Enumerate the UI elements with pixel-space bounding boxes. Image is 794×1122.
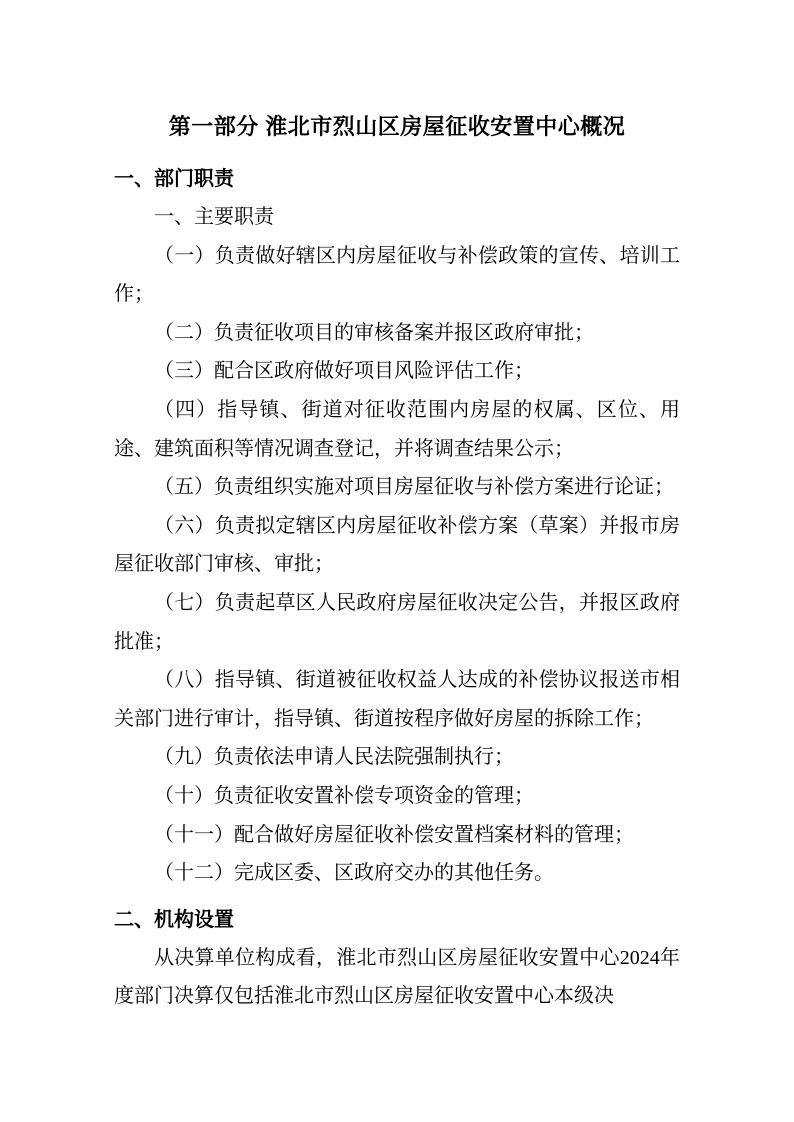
paragraph-duty-7: （七）负责起草区人民政府房屋征收决定公告，并报区政府批准； [114,584,680,661]
paragraph-duty-10: （十）负责征收安置补偿专项资金的管理； [114,777,680,816]
document-title: 第一部分 淮北市烈山区房屋征收安置中心概况 [114,110,680,143]
paragraph-duty-6: （六）负责拟定辖区内房屋征收补偿方案（草案）并报市房屋征收部门审核、审批； [114,507,680,584]
paragraph-duty-3: （三）配合区政府做好项目风险评估工作； [114,352,680,391]
paragraph-duty-1: （一）负责做好辖区内房屋征收与补偿政策的宣传、培训工作； [114,237,680,314]
paragraph-duty-5: （五）负责组织实施对项目房屋征收与补偿方案进行论证； [114,468,680,507]
document-page: 第一部分 淮北市烈山区房屋征收安置中心概况 一、部门职责 一、主要职责 （一）负… [0,0,794,1122]
paragraph-duty-4: （四）指导镇、街道对征收范围内房屋的权属、区位、用途、建筑面积等情况调查登记，并… [114,391,680,468]
section-heading-organization-setup: 二、机构设置 [114,905,680,935]
paragraph-duty-11: （十一）配合做好房屋征收补偿安置档案材料的管理； [114,816,680,855]
paragraph-duty-2: （二）负责征收项目的审核备案并报区政府审批； [114,314,680,353]
paragraph-duty-8: （八）指导镇、街道被征收权益人达成的补偿协议报送市相关部门进行审计，指导镇、街道… [114,661,680,738]
paragraph-main-duties-label: 一、主要职责 [114,198,680,237]
paragraph-duty-12: （十二）完成区委、区政府交办的其他任务。 [114,854,680,893]
paragraph-organization-intro: 从决算单位构成看，淮北市烈山区房屋征收安置中心2024年度部门决算仅包括淮北市烈… [114,939,680,1016]
paragraph-duty-9: （九）负责依法申请人民法院强制执行； [114,738,680,777]
section-heading-department-duties: 一、部门职责 [114,164,680,194]
